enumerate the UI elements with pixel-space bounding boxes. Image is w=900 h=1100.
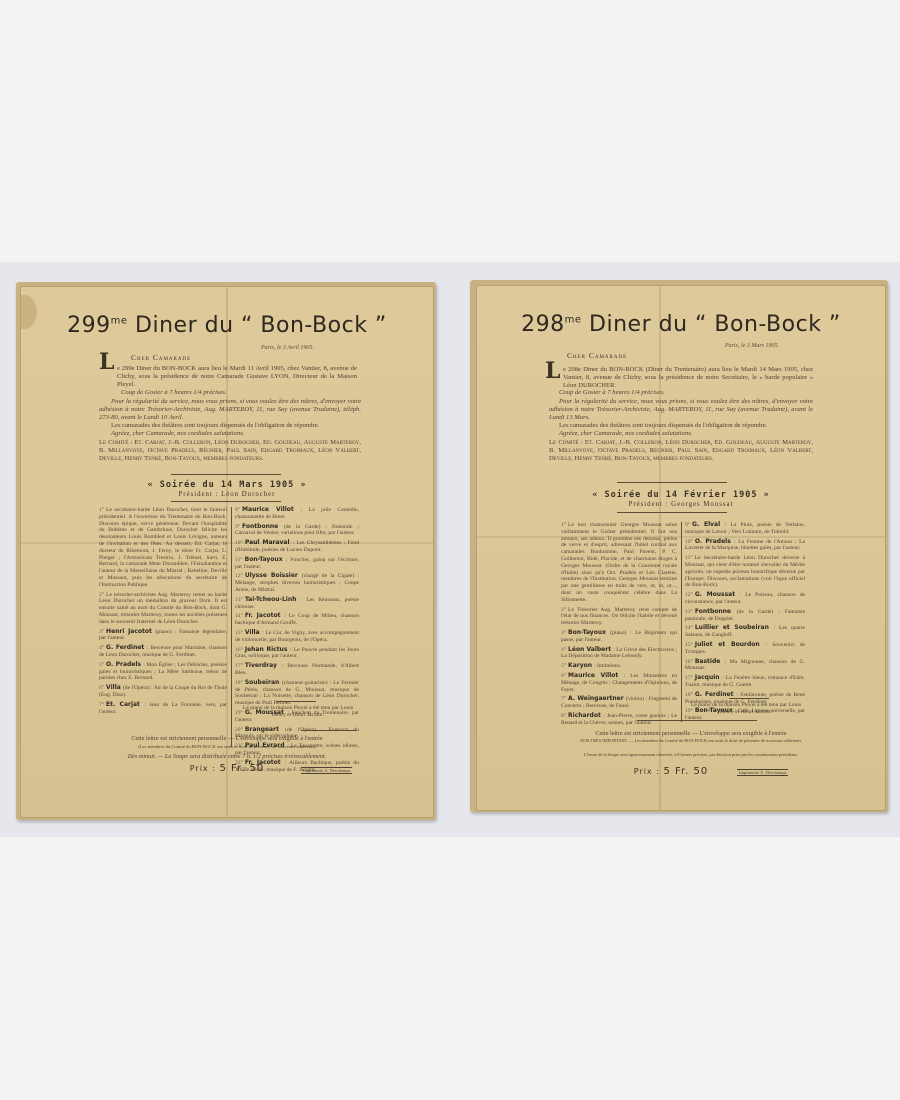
performer-name: G. Ferdinet bbox=[695, 691, 737, 698]
performer-name: O. Pradels bbox=[106, 661, 143, 668]
committee: Le Comité : Et. Carjat, J.-B. Colleron, … bbox=[99, 439, 361, 463]
item-number: 13° bbox=[685, 609, 693, 615]
item-number: 15° bbox=[685, 642, 693, 648]
footer-soupe: L'heure de la Soupe sera rigoureusement … bbox=[557, 752, 825, 758]
greeting: Agréez, cher Camarade, nos cordiales sal… bbox=[111, 430, 361, 438]
performer-name: Villa bbox=[245, 629, 262, 636]
program-item: 9°G. Elval : La Pluie, poésie de Verlain… bbox=[685, 522, 805, 536]
performer-name: Jehan Rictus bbox=[245, 646, 290, 653]
performer-name: Tai-Tcheou-Linh bbox=[245, 596, 301, 603]
performer-name: Luillier et Soubeiran bbox=[695, 624, 774, 631]
menu-sheet-299: 299me Diner du “ Bon-Bock ” Paris, le 3 … bbox=[20, 286, 434, 818]
piano-note: Le piano de la maison Pleyel a été tenu … bbox=[239, 705, 357, 719]
program-item: 1°Le bon chansonnier Georges Moussat sal… bbox=[561, 522, 677, 604]
program-item: 2°Le Trésorier Aug. Marteroy rend compte… bbox=[561, 607, 677, 627]
program-left-column: 1°Le secrétaire-barde Léon Durocher, tie… bbox=[99, 507, 227, 718]
printer-mark: Imprimerie A. Deschamps bbox=[737, 769, 788, 776]
item-description: Le secrétaire-barde Léon Durocher, tient… bbox=[99, 507, 227, 588]
program-item: 5°Karyon : Imitations. bbox=[561, 663, 677, 670]
item-number: 12° bbox=[235, 573, 243, 579]
performer-name: Tiverdray bbox=[245, 662, 282, 669]
program-item: 8°Maurice Villot : La jolie Comédie, cha… bbox=[235, 507, 359, 521]
item-number: 4° bbox=[561, 647, 566, 653]
program-item: 3°Henri Jacotot (piano) : Fantaisie lége… bbox=[99, 629, 227, 643]
performer-name: G. Elval bbox=[692, 521, 725, 528]
program-item: 16°Jehan Rictus : Le Pauvre pendant les … bbox=[235, 647, 359, 661]
program-item: 17°Tiverdray : Berceuse Normande, d'Albe… bbox=[235, 663, 359, 677]
page-title: 299me Diner du “ Bon-Bock ” bbox=[21, 313, 433, 338]
footer-soupe: Dès minuit. — La Soupe sera distribuée e… bbox=[21, 753, 433, 761]
program-item: 11°Bon-Tayoux : Fonctier, galop sur l'éc… bbox=[235, 557, 359, 571]
performer-name: Ulysse Boissier bbox=[245, 572, 302, 579]
performer-name: Bon-Tayoux bbox=[245, 556, 286, 563]
item-number: 8° bbox=[561, 713, 566, 719]
president-line: Président : Georges Moussat bbox=[477, 501, 885, 508]
president-line: Président : Léon Durocher bbox=[21, 491, 433, 498]
committee: Le Comité : Et. Carjat, J.-B. Colleron, … bbox=[549, 439, 813, 463]
performer-name: A. Weingaertner bbox=[568, 695, 626, 702]
item-number: 11° bbox=[235, 557, 243, 563]
gosier-line: Coup de Gosier à 7 heures 1/4 précises. bbox=[549, 389, 813, 397]
program-item: 6°Villa (de l'Opéra) : Air de la Coupe d… bbox=[99, 685, 227, 699]
item-description: Le bon chansonnier Georges Moussat salue… bbox=[561, 522, 677, 603]
item-number: 3° bbox=[561, 630, 566, 636]
item-number: 18° bbox=[235, 680, 243, 686]
soiree-heading: « Soirée du 14 Février 1905 » bbox=[477, 490, 885, 500]
item-number: 17° bbox=[235, 663, 243, 669]
program-item: 7°Et. Carjat : Jean de La Fontaine, vers… bbox=[99, 702, 227, 716]
item-number: 1° bbox=[99, 507, 104, 513]
performer-name: Maurice Villot bbox=[242, 506, 301, 513]
soiree-heading: « Soirée du 14 Mars 1905 » bbox=[21, 480, 433, 490]
menu-sheet-298: 298me Diner du “ Bon-Bock ” Paris, le 3 … bbox=[476, 285, 886, 811]
item-number: 1° bbox=[561, 522, 566, 528]
intro-paragraph: e 298e Diner du BON-BOCK (Dîner du Trent… bbox=[563, 366, 813, 390]
item-number: 9° bbox=[685, 522, 690, 528]
item-number: 4° bbox=[99, 645, 104, 651]
program-item: 16°Bastide : Ma Mignonne, chanson de G. … bbox=[685, 659, 805, 673]
dateline: Paris, le 3 Mars 1905. bbox=[725, 343, 779, 349]
item-number: 20° bbox=[235, 727, 243, 733]
theatres-note: Les camarades des théâtres sont toujours… bbox=[111, 422, 361, 430]
regularity-paragraph: Pour la régularité du service, nous vous… bbox=[549, 398, 813, 422]
item-number: 14° bbox=[685, 625, 693, 631]
program-item: 11°Le Secrétaire-barde Léon Durocher dév… bbox=[685, 555, 805, 589]
performer-name: Brangeart bbox=[245, 726, 285, 733]
item-number: 18° bbox=[685, 692, 693, 698]
performer-name: Soubeiran bbox=[245, 679, 282, 686]
program-item: 15°Juliot et Bourdon : Souvenirs de Trom… bbox=[685, 642, 805, 656]
performer-name: Fr. Jacotot bbox=[245, 612, 284, 619]
program-right-column: 9°G. Elval : La Pluie, poésie de Verlain… bbox=[685, 522, 805, 725]
performer-name: Villa bbox=[106, 684, 123, 691]
theatres-note: Les camarades des théâtres sont toujours… bbox=[559, 422, 813, 430]
item-number: 10° bbox=[685, 539, 693, 545]
performer-name: Bon-Tayoux bbox=[568, 629, 610, 636]
item-number: 7° bbox=[99, 702, 104, 708]
program-item: 10°Paul Maraval : Les Chrysanthèmes ; Fo… bbox=[235, 540, 359, 554]
performer-name: Juliot et Bourdon bbox=[695, 641, 766, 648]
program-item: 4°G. Ferdinet : Berceuse pour Marraine, … bbox=[99, 645, 227, 659]
item-description: Le trésorier-archiviste Aug. Marteroy re… bbox=[99, 592, 227, 625]
program-item: 1°Le secrétaire-barde Léon Durocher, tie… bbox=[99, 507, 227, 589]
piano-note: Le piano de la maison Pleyel a été tenu … bbox=[687, 702, 805, 716]
item-number: 9° bbox=[235, 524, 240, 530]
performer-name: G. Ferdinet bbox=[106, 644, 147, 651]
program-item: 6°Maurice Villot : Les Ministères en Mén… bbox=[561, 673, 677, 693]
page-title: 298me Diner du “ Bon-Bock ” bbox=[477, 312, 885, 337]
item-number: 6° bbox=[99, 685, 104, 691]
performer-name: Bastide bbox=[695, 658, 725, 665]
price: Prix : 5 Fr. 50 bbox=[476, 766, 885, 777]
salutation: Cher Camarade bbox=[567, 351, 627, 360]
performer-name: Henri Jacotot bbox=[106, 628, 156, 635]
intro-paragraph: e 299e Diner du BON-BOCK aura lieu le Ma… bbox=[117, 365, 357, 389]
performer-name: Fontbonne bbox=[695, 608, 737, 615]
program-item: 10°O. Pradels : La Femme de l'Amour ; La… bbox=[685, 539, 805, 553]
program-item: 18°Soubeiran (chanteur-guitariste) : Le … bbox=[235, 680, 359, 707]
program-item: 9°Fontbonne (de la Garde) : Pastorale ; … bbox=[235, 524, 359, 538]
footer-committee: (Les membres du Comité du BON-BOCK ont s… bbox=[21, 743, 433, 751]
dropcap: L bbox=[99, 351, 114, 373]
program-item: 17°Jacquin : La Fenêtre bleue, romance d… bbox=[685, 675, 805, 689]
performer-name: Léon Valbert bbox=[568, 646, 613, 653]
dateline: Paris, le 3 Avril 1905. bbox=[261, 345, 314, 351]
program-item: 13°Fontbonne (de la Garde) : Fantaisie p… bbox=[685, 609, 805, 623]
performer-name: Paul Maraval bbox=[245, 539, 293, 546]
footer-important: AVIS TRÈS IMPORTANT. — Les membres du Co… bbox=[537, 738, 845, 744]
item-number: 13° bbox=[235, 597, 243, 603]
footer-personal: Cette lettre est strictement personnelle… bbox=[537, 730, 845, 738]
program-item: 2°Le trésorier-archiviste Aug. Marteroy … bbox=[99, 592, 227, 626]
item-number: 16° bbox=[685, 659, 693, 665]
item-number: 5° bbox=[99, 662, 104, 668]
program-item: 12°G. Moussat : Le Poireau, chanson de c… bbox=[685, 592, 805, 606]
printer-mark: Imprimerie A. Deschamps bbox=[301, 767, 352, 774]
price: Prix : 5 Fr. 50 bbox=[21, 763, 433, 774]
program-left-column: 1°Le bon chansonnier Georges Moussat sal… bbox=[561, 522, 677, 730]
performer-name: Et. Carjat bbox=[106, 701, 144, 708]
item-number: 7° bbox=[561, 696, 566, 702]
item-number: 11° bbox=[685, 555, 693, 561]
item-description: : Imitations. bbox=[594, 663, 621, 669]
item-number: 8° bbox=[235, 507, 240, 513]
item-number: 2° bbox=[561, 607, 566, 613]
item-number: 15° bbox=[235, 630, 243, 636]
item-number: 10° bbox=[235, 540, 243, 546]
performer-name: Richardot bbox=[568, 712, 603, 719]
performer-name: Maurice Villot bbox=[568, 672, 624, 679]
item-number: 14° bbox=[235, 613, 243, 619]
item-number: 17° bbox=[685, 675, 693, 681]
item-number: 3° bbox=[99, 629, 104, 635]
item-number: 5° bbox=[561, 663, 566, 669]
greeting: Agréez, cher Camarade, nos cordiales sal… bbox=[559, 430, 813, 438]
program-item: 4°Léon Valbert : La Grève des Electricie… bbox=[561, 647, 677, 661]
item-number: 16° bbox=[235, 647, 243, 653]
program-item: 12°Ulysse Boissier (chargé de la Cigale)… bbox=[235, 573, 359, 593]
performer-name: Fontbonne bbox=[242, 523, 284, 530]
regularity-paragraph: Pour la régularité du service, nous vous… bbox=[99, 398, 361, 422]
performer-name: G. Moussat bbox=[695, 591, 740, 598]
program-item: 5°O. Pradels : Mon Église ; Les Débâcles… bbox=[99, 662, 227, 682]
program-item: 14°Fr. Jacotot : Le Coup de Milieu, chan… bbox=[235, 613, 359, 627]
program-item: 3°Bon-Tayoux (piano) : Le Régiment qui p… bbox=[561, 630, 677, 644]
dropcap: L bbox=[545, 360, 560, 382]
salutation: Cher Camarade bbox=[131, 353, 191, 362]
footer-personal: Cette lettre est strictement personnelle… bbox=[21, 735, 433, 743]
item-description: Le Secrétaire-barde Léon Durocher dévers… bbox=[685, 555, 805, 588]
item-description: Le Trésorier Aug. Marteroy rend compte d… bbox=[561, 607, 677, 627]
program-item: 13°Tai-Tcheou-Linh : Les Réunions, poési… bbox=[235, 597, 359, 611]
gosier-line: Coup de Gosier à 7 heures 1/4 précises. bbox=[111, 389, 361, 397]
program-item: 7°A. Weingaertner (violon) : Fragment de… bbox=[561, 696, 677, 710]
performer-name: Jacquin bbox=[695, 674, 722, 681]
program-item: 15°Villa : Le Cor, de Vigny, avec accomp… bbox=[235, 630, 359, 644]
item-number: 12° bbox=[685, 592, 693, 598]
item-number: 2° bbox=[99, 592, 104, 598]
item-number: 6° bbox=[561, 673, 566, 679]
program-item: 14°Luillier et Soubeiran : Les quatre Sa… bbox=[685, 625, 805, 639]
performer-name: Karyon bbox=[568, 662, 594, 669]
performer-name: O. Pradels bbox=[695, 538, 734, 545]
